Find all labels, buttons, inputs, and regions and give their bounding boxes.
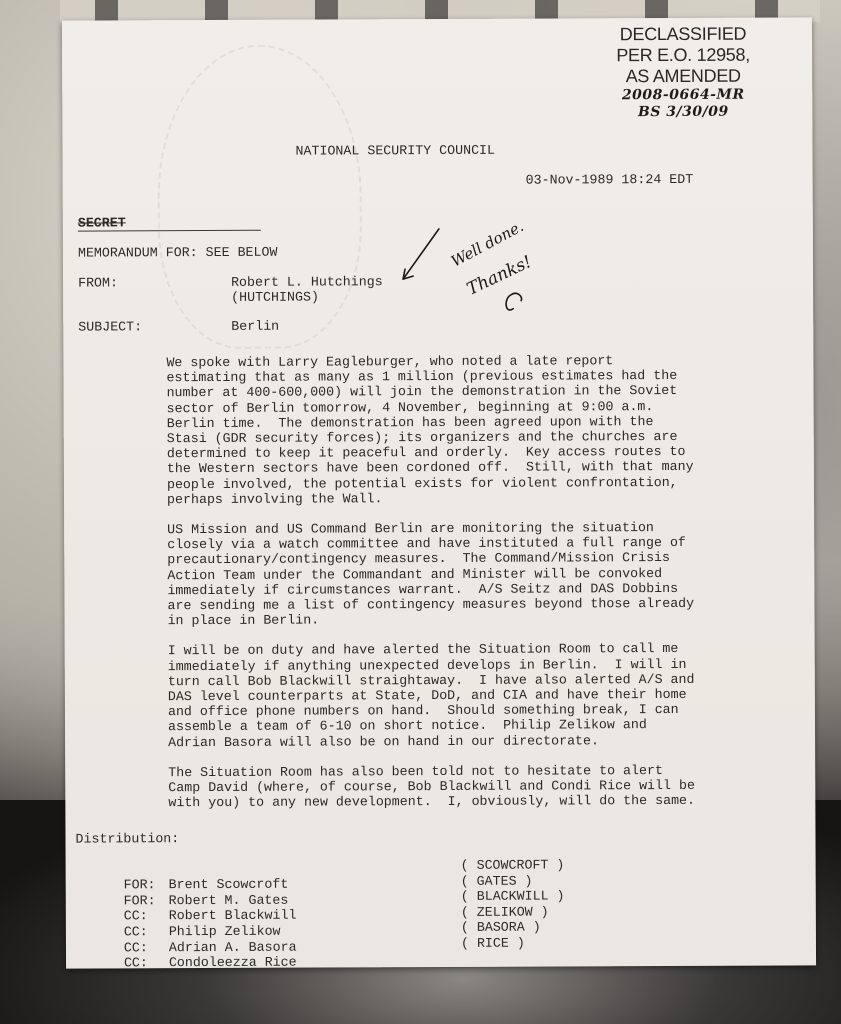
body-paragraph: We spoke with Larry Eagleburger, who not…	[166, 352, 787, 507]
from-code: (HUTCHINGS)	[231, 289, 383, 305]
recipient-code: ( ZELIKOW )	[461, 904, 549, 920]
distribution-row: CC:Condoleezza Rice ( RICE )	[76, 938, 596, 956]
subject-value: Berlin	[231, 319, 279, 334]
memorandum-for-label: MEMORANDUM FOR:	[78, 245, 198, 261]
memorandum-for-row: MEMORANDUM FOR: SEE BELOW	[78, 245, 278, 261]
declassification-stamp: DECLASSIFIED PER E.O. 12958, AS AMENDED …	[588, 24, 778, 122]
from-label: FROM:	[78, 275, 223, 291]
arrow-icon	[393, 219, 553, 330]
subject-row: SUBJECT: Berlin	[78, 319, 279, 335]
stamp-handwritten-date: BS 3/30/09	[588, 104, 778, 122]
recipient-code: ( RICE )	[461, 936, 525, 951]
from-row: FROM: Robert L. Hutchings (HUTCHINGS)	[78, 274, 383, 306]
handwritten-annotation: Well done. Thanks!	[393, 219, 553, 330]
classification-marking-struck: SECRET	[78, 215, 126, 230]
recipient-role: CC:	[124, 955, 169, 970]
distribution-heading: Distribution:	[75, 831, 179, 847]
body-paragraph: US Mission and US Command Berlin are mon…	[167, 520, 787, 629]
agency-heading: NATIONAL SECURITY COUNCIL	[295, 143, 495, 159]
body-paragraph: I will be on duty and have alerted the S…	[168, 641, 788, 750]
recipient-code: ( SCOWCROFT )	[461, 857, 565, 873]
stamp-line: DECLASSIFIED	[588, 24, 778, 46]
stamp-line: PER E.O. 12958,	[588, 45, 778, 67]
recipient-code: ( BASORA )	[461, 920, 541, 936]
recipient-code: ( GATES )	[461, 873, 533, 889]
memorandum-for-value: SEE BELOW	[206, 245, 278, 261]
recipient-code: ( BLACKWILL )	[461, 889, 565, 905]
stamp-handwritten-case-number: 2008-0664-MR	[588, 87, 778, 105]
memo-datetime: 03-Nov-1989 18:24 EDT	[526, 172, 694, 188]
recipient-name: Condoleezza Rice	[169, 955, 297, 971]
from-name: Robert L. Hutchings	[231, 274, 383, 290]
memo-body: We spoke with Larry Eagleburger, who not…	[166, 352, 788, 825]
stamp-line: AS AMENDED	[588, 66, 778, 88]
subject-label: SUBJECT:	[78, 319, 223, 335]
distribution-list: FOR:Brent Scowcroft ( SCOWCROFT ) FOR:Ro…	[76, 860, 596, 956]
body-paragraph: The Situation Room has also been told no…	[168, 762, 788, 810]
from-value: Robert L. Hutchings (HUTCHINGS)	[231, 274, 383, 305]
memo-page: DECLASSIFIED PER E.O. 12958, AS AMENDED …	[62, 17, 816, 968]
